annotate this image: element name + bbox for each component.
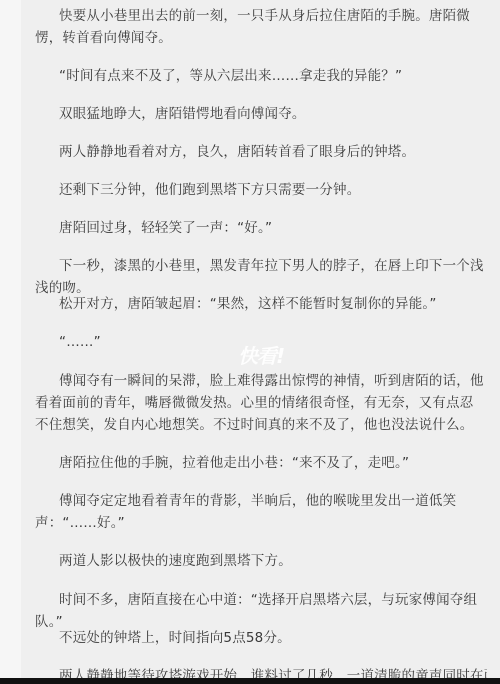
paragraph: 傅闻夺有一瞬间的呆滞，脸上难得露出惊愕的神情，听到唐陌的话，他看着面前的青年，嘴… bbox=[35, 370, 487, 436]
left-margin-strip bbox=[0, 0, 21, 684]
paragraph: “时间有点来不及了，等从六层出来……拿走我的异能？” bbox=[35, 65, 487, 87]
bottom-edge-bar bbox=[0, 678, 500, 684]
paragraph: 不远处的钟塔上，时间指向5点58分。 bbox=[35, 627, 487, 649]
paragraph: 双眼猛地睁大，唐陌错愕地看向傅闻夺。 bbox=[35, 103, 487, 125]
paragraph: 两道人影以极快的速度跑到黑塔下方。 bbox=[35, 550, 487, 572]
paragraph: 松开对方，唐陌皱起眉：“果然，这样不能暂时复制你的异能。” bbox=[35, 293, 487, 315]
paragraph: 唐陌拉住他的手腕，拉着他走出小巷：“来不及了，走吧。” bbox=[35, 452, 487, 474]
paragraph: 唐陌回过身，轻轻笑了一声：“好。” bbox=[35, 217, 487, 239]
paragraph: 还剩下三分钟，他们跑到黑塔下方只需要一分钟。 bbox=[35, 179, 487, 201]
watermark-logo: 快看! bbox=[238, 340, 284, 369]
paragraph: 傅闻夺定定地看着青年的背影，半晌后，他的喉咙里发出一道低笑声：“……好。” bbox=[35, 490, 487, 534]
paragraph: 两人静静地看着对方，良久，唐陌转首看了眼身后的钟塔。 bbox=[35, 141, 487, 163]
paragraph: 快要从小巷里出去的前一刻，一只手从身后拉住唐陌的手腕。唐陌微愣，转首看向傅闻夺。 bbox=[35, 5, 487, 49]
